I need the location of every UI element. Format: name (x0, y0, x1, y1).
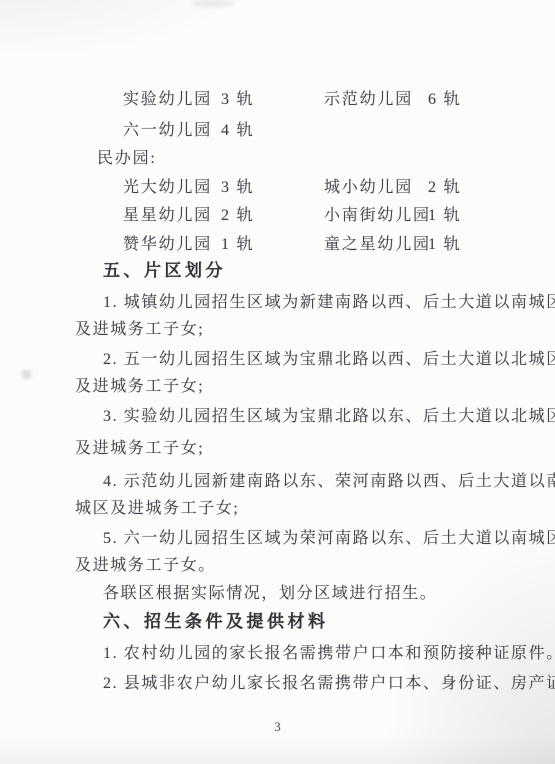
capacity-row: 星星幼儿园 2 轨 小南街幼儿园 1 轨 (0, 202, 555, 222)
scanned-document-page: 实验幼儿园 3 轨 示范幼儿园 6 轨 六一幼儿园 4 轨 民办园: 光大幼儿园… (0, 0, 555, 764)
page-number: 3 (0, 720, 555, 735)
kindergarten-name: 光大幼儿园 (123, 174, 212, 197)
section5-item2-line1: 2. 五一幼儿园招生区域为宝鼎北路以西、后土大道以北城区 (103, 351, 555, 369)
scan-artifact (22, 370, 31, 379)
track-count: 3 轨 (221, 174, 254, 197)
private-kindergarten-label-row: 民办园: (0, 145, 555, 165)
capacity-row: 赞华幼儿园 1 轨 童之星幼儿园 1 轨 (0, 231, 555, 251)
capacity-row: 实验幼儿园 3 轨 示范幼儿园 6 轨 (0, 86, 555, 106)
section5-item5-line2: 及进城务工子女。 (75, 557, 216, 575)
track-count: 2 轨 (428, 174, 461, 197)
section5-note: 各联区根据实际情况，划分区域进行招生。 (103, 585, 437, 603)
scan-shadow-bottom (0, 734, 555, 764)
kindergarten-name: 赞华幼儿园 (123, 231, 212, 254)
track-count: 1 轨 (428, 231, 461, 254)
scan-shadow-top-left (0, 0, 260, 60)
section5-item1-line1: 1. 城镇幼儿园招生区域为新建南路以西、后土大道以南城区 (103, 294, 555, 312)
section5-item4-line2: 城区及进城务工子女; (75, 500, 239, 518)
kindergarten-name: 六一幼儿园 (123, 117, 212, 140)
kindergarten-name: 示范幼儿园 (324, 86, 413, 109)
track-count: 6 轨 (428, 86, 461, 109)
section6-heading: 六、招生条件及提供材料 (103, 613, 329, 631)
kindergarten-name: 实验幼儿园 (123, 86, 212, 109)
section6-item2-line1: 2. 县城非农户幼儿家长报名需携带户口本、身份证、房产证 (103, 675, 555, 693)
private-kindergarten-label: 民办园: (97, 145, 157, 168)
capacity-row: 六一幼儿园 4 轨 (0, 117, 555, 137)
section6-item1-line1: 1. 农村幼儿园的家长报名需携带户口本和预防接种证原件。 (103, 645, 555, 663)
track-count: 1 轨 (428, 202, 461, 225)
kindergarten-name: 童之星幼儿园 (324, 231, 431, 254)
section5-item5-line1: 5. 六一幼儿园招生区域为荣河南路以东、后土大道以南城区 (103, 530, 555, 548)
section5-item3-line2: 及进城务工子女; (75, 440, 204, 458)
track-count: 1 轨 (221, 231, 254, 254)
section5-item2-line2: 及进城务工子女; (75, 378, 204, 396)
kindergarten-name: 小南街幼儿园 (324, 202, 431, 225)
section5-item4-line1: 4. 示范幼儿园新建南路以东、荣河南路以西、后土大道以南 (103, 473, 555, 491)
track-count: 4 轨 (221, 117, 254, 140)
track-count: 3 轨 (221, 86, 254, 109)
kindergarten-name: 城小幼儿园 (324, 174, 413, 197)
section5-item1-line2: 及进城务工子女; (75, 321, 204, 339)
kindergarten-name: 星星幼儿园 (123, 202, 212, 225)
track-count: 2 轨 (221, 202, 254, 225)
section5-item3-line1: 3. 实验幼儿园招生区域为宝鼎北路以东、后土大道以北城区 (103, 408, 555, 426)
section5-heading: 五、片区划分 (103, 262, 226, 280)
capacity-row: 光大幼儿园 3 轨 城小幼儿园 2 轨 (0, 174, 555, 194)
scan-artifact (192, 0, 236, 7)
